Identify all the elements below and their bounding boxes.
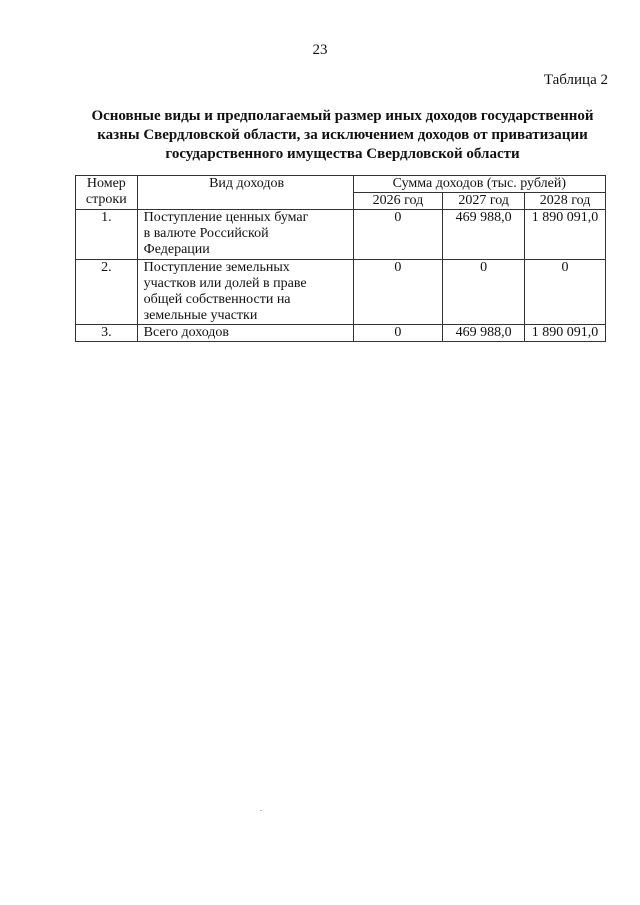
income-type: Поступление ценных бумаг в валюте Россий… (137, 210, 353, 260)
header-year-2028: 2028 год (525, 193, 606, 210)
value-2026: 0 (353, 210, 443, 260)
page-number: 23 (0, 42, 640, 59)
value-2027: 469 988,0 (443, 210, 525, 260)
table-row: 2. Поступление земельных участков или до… (76, 260, 606, 325)
row-number: 2. (76, 260, 138, 325)
income-type: Всего доходов (137, 325, 353, 342)
value-2027: 0 (443, 260, 525, 325)
header-income-type: Вид доходов (137, 176, 353, 210)
row-number: 3. (76, 325, 138, 342)
value-2028: 1 890 091,0 (525, 325, 606, 342)
table-label: Таблица 2 (544, 72, 608, 89)
table-row: 1. Поступление ценных бумаг в валюте Рос… (76, 210, 606, 260)
value-2028: 0 (525, 260, 606, 325)
header-sum-group: Сумма доходов (тыс. рублей) (353, 176, 605, 193)
value-2027: 469 988,0 (443, 325, 525, 342)
value-2026: 0 (353, 260, 443, 325)
scan-artifact (260, 810, 262, 811)
table-row-total: 3. Всего доходов 0 469 988,0 1 890 091,0 (76, 325, 606, 342)
header-year-2026: 2026 год (353, 193, 443, 210)
value-2028: 1 890 091,0 (525, 210, 606, 260)
income-table: Номер строки Вид доходов Сумма доходов (… (75, 175, 606, 342)
header-year-2027: 2027 год (443, 193, 525, 210)
row-number: 1. (76, 210, 138, 260)
income-type: Поступление земельных участков или долей… (137, 260, 353, 325)
title-line: государственного имущества Свердловской … (70, 145, 615, 164)
value-2026: 0 (353, 325, 443, 342)
title-line: казны Свердловской области, за исключени… (70, 126, 615, 145)
header-row-number-line: строки (79, 192, 134, 208)
header-row-number: Номер строки (76, 176, 138, 210)
table-header-row: Номер строки Вид доходов Сумма доходов (… (76, 176, 606, 193)
header-row-number-line: Номер (79, 176, 134, 192)
title-line: Основные виды и предполагаемый размер ин… (70, 107, 615, 126)
document-title: Основные виды и предполагаемый размер ин… (70, 107, 615, 164)
